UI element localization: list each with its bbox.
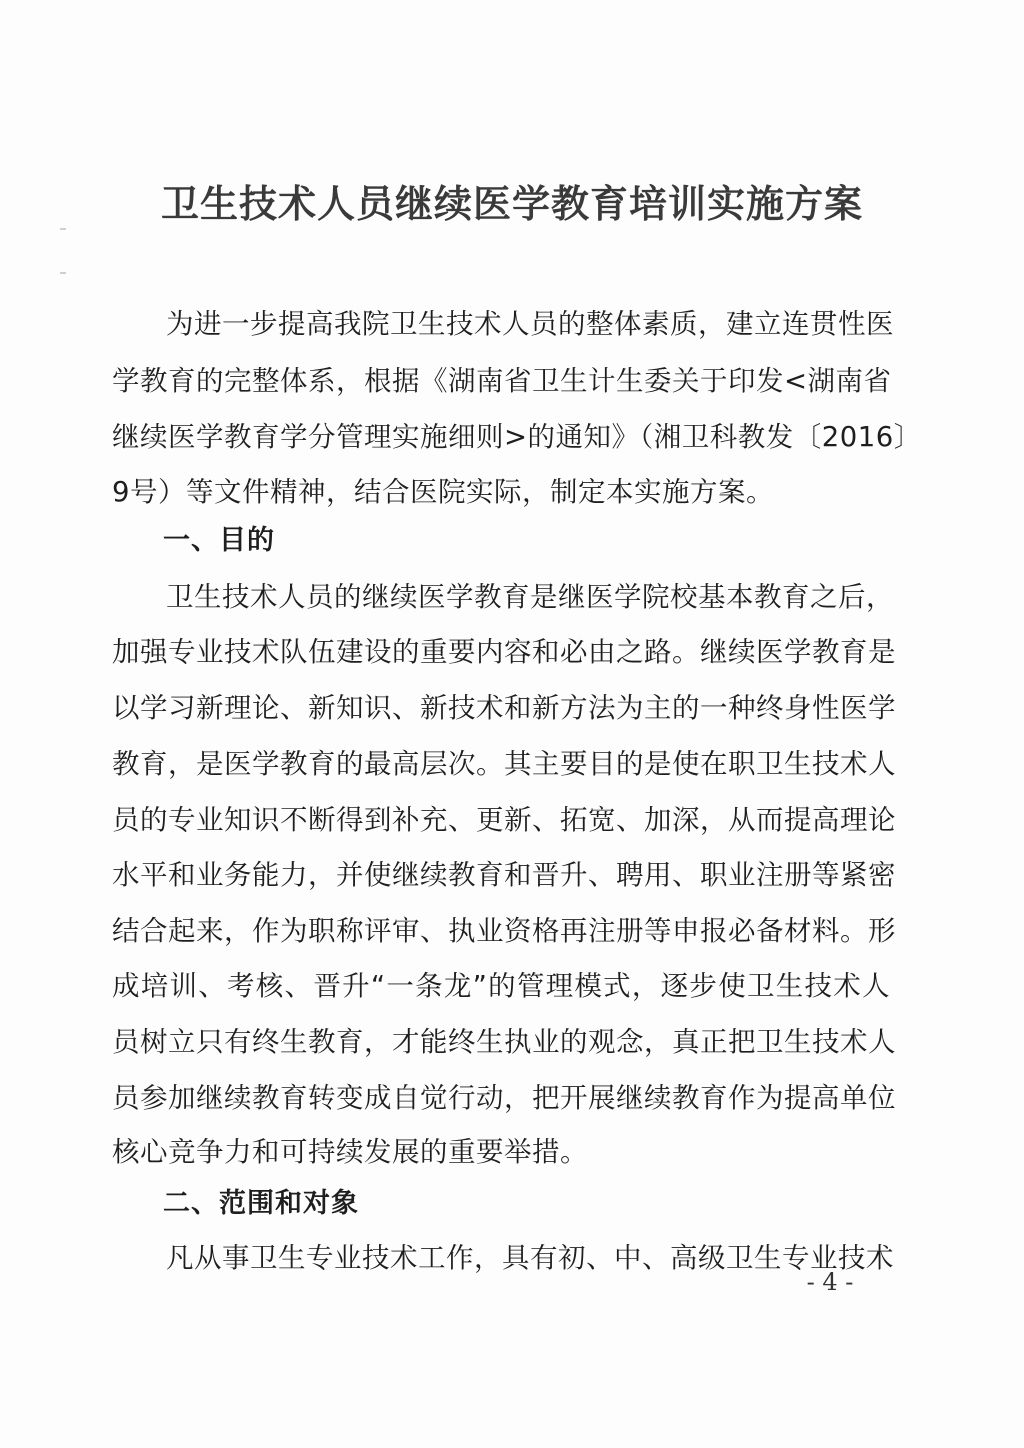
paragraph-line: 学教育的完整体系，根据《湖南省卫生计生委关于印发<湖南省 xyxy=(112,361,890,401)
page-number: - 4 - xyxy=(790,1268,870,1296)
paragraph-line: 员参加继续教育转变成自觉行动，把开展继续教育作为提高单位 xyxy=(112,1078,890,1118)
paragraph-line: 9号）等文件精神，结合医院实际，制定本实施方案。 xyxy=(112,472,890,512)
section-heading-scope: 二、范围和对象 xyxy=(163,1184,359,1224)
paragraph-line: 卫生技术人员的继续医学教育是继医学院校基本教育之后， xyxy=(166,577,890,617)
scan-artifact xyxy=(60,272,66,274)
paragraph-line: 教育，是医学教育的最高层次。其主要目的是使在职卫生技术人 xyxy=(112,744,890,784)
paragraph-line: 凡从事卫生专业技术工作，具有初、中、高级卫生专业技术 xyxy=(166,1238,890,1278)
paragraph-line: 核心竞争力和可持续发展的重要举措。 xyxy=(112,1132,890,1172)
paragraph-line: 加强专业技术队伍建设的重要内容和必由之路。继续医学教育是 xyxy=(112,632,890,672)
paragraph-line: 成培训、考核、晋升“一条龙”的管理模式，逐步使卫生技术人 xyxy=(112,966,890,1006)
paragraph-line: 员树立只有终生教育，才能终生执业的观念，真正把卫生技术人 xyxy=(112,1022,890,1062)
paragraph-line: 水平和业务能力，并使继续教育和晋升、聘用、职业注册等紧密 xyxy=(112,855,890,895)
paragraph-line: 继续医学教育学分管理实施细则>的通知》（湘卫科教发〔2016〕 xyxy=(112,417,890,457)
document-title: 卫生技术人员继续医学教育培训实施方案 xyxy=(0,176,1024,232)
section-heading-purpose: 一、目的 xyxy=(163,521,275,561)
paragraph-line: 为进一步提高我院卫生技术人员的整体素质，建立连贯性医 xyxy=(166,304,890,344)
paragraph-line: 以学习新理论、新知识、新技术和新方法为主的一种终身性医学 xyxy=(112,688,890,728)
document-page: 卫生技术人员继续医学教育培训实施方案 为进一步提高我院卫生技术人员的整体素质，建… xyxy=(0,0,1024,1448)
paragraph-line: 结合起来，作为职称评审、执业资格再注册等申报必备材料。形 xyxy=(112,911,890,951)
paragraph-line: 员的专业知识不断得到补充、更新、拓宽、加深，从而提高理论 xyxy=(112,800,890,840)
